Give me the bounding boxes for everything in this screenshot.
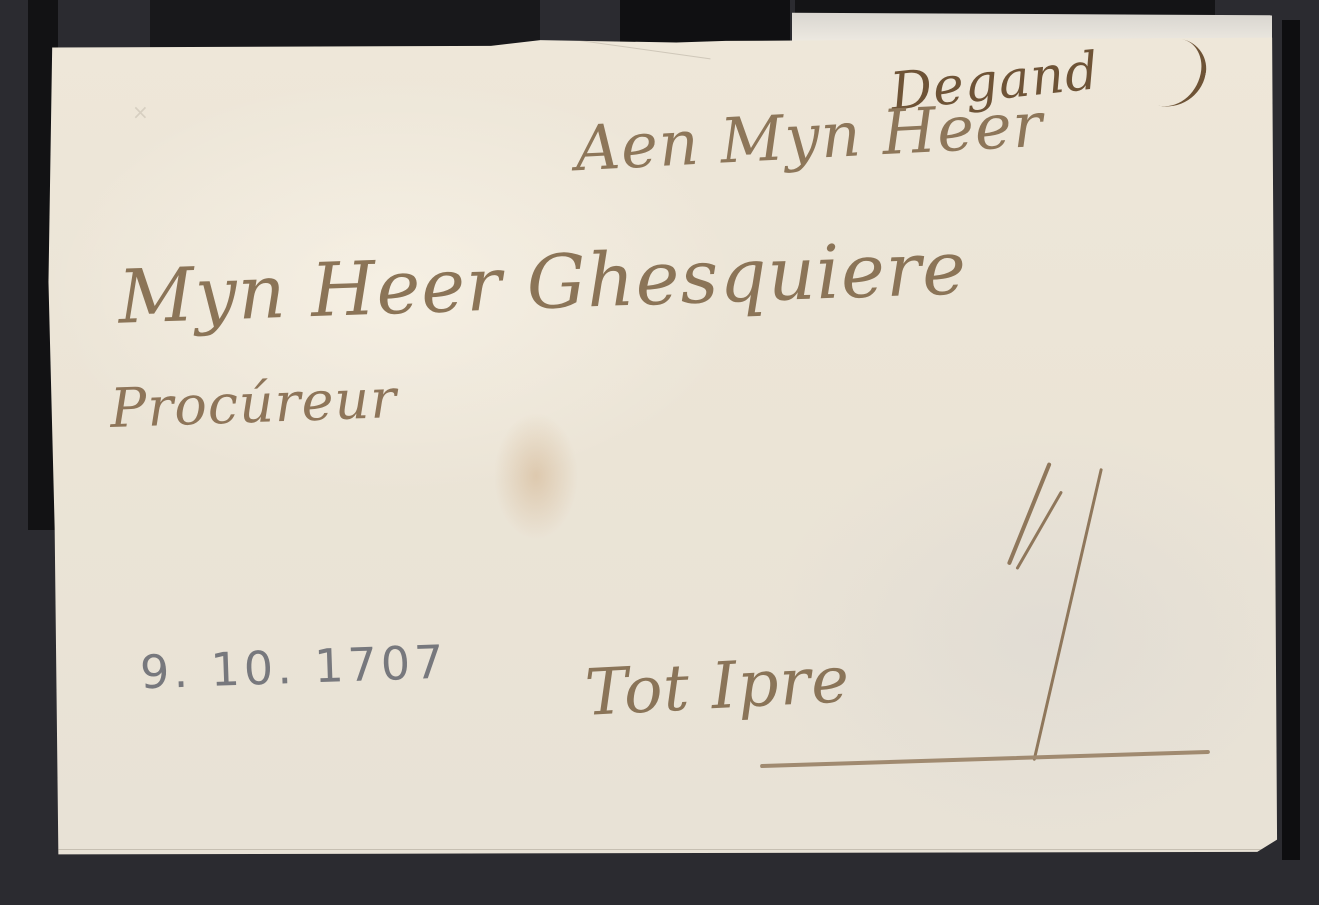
faint-mark: × (132, 100, 149, 124)
background-strip (1282, 20, 1300, 860)
address-line-3: Procúreur (109, 367, 398, 440)
pencil-date: 9. 10. 1707 (139, 635, 448, 700)
background-strip (150, 0, 540, 50)
background-strip (620, 0, 790, 45)
destination-line: Tot Ipre (583, 643, 852, 731)
fold-line (46, 849, 1282, 850)
